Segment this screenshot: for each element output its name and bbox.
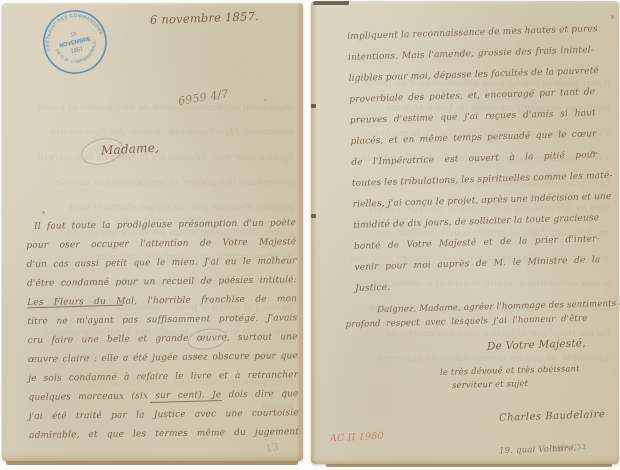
foxing-spot xyxy=(591,151,594,154)
letter-page-right: Il faut toute la prodigieuse présomption… xyxy=(311,1,619,464)
valediction-line: le très dévoué et très obéissant xyxy=(440,363,580,377)
stamp-center-year: 1857 xyxy=(71,46,84,55)
foxing-spot xyxy=(611,15,614,19)
foxing-spot xyxy=(42,211,45,214)
letter-body-right: impliquent la reconnaissance de mes haut… xyxy=(347,19,601,300)
foxing-spot xyxy=(264,99,266,101)
stamp-center-day: 19 xyxy=(70,32,77,39)
letter-body-left: Il faut toute la prodigieuse présomption… xyxy=(26,214,299,446)
handwritten-line: admirable, et que les termes même du jug… xyxy=(29,423,299,446)
binding-mark xyxy=(311,214,316,218)
stamp-graphic: SECRÉTARIAT DES COMMANDEMENTS DE S.M. L'… xyxy=(35,2,114,81)
imperial-secretariat-stamp: SECRÉTARIAT DES COMMANDEMENTS DE S.M. L'… xyxy=(35,2,114,81)
handwritten-line: impliquent la reconnaissance de mes haut… xyxy=(12,95,294,120)
accession-mark: AC II 1980 xyxy=(330,431,384,445)
folio-number: 13 xyxy=(265,442,280,456)
closing-formula: Daignez, Madame, agréer l'hommage des se… xyxy=(345,298,588,332)
handwritten-line: proverbiale des poètes, et, encouragé pa… xyxy=(12,170,294,195)
binding-shadow xyxy=(313,1,349,5)
letter-page-left: impliquent la reconnaissance de mes haut… xyxy=(2,3,303,461)
manuscript-scan: impliquent la reconnaissance de mes haut… xyxy=(0,0,620,470)
valediction: De Votre Majesté, xyxy=(487,337,586,352)
valediction-line: serviteur et sujet xyxy=(452,378,528,390)
binding-mark xyxy=(311,104,316,108)
registry-number: 6959 4/7 xyxy=(177,87,229,108)
shelfmark-annotation: BB²¹ C33 xyxy=(552,443,586,453)
signature: Charles Baudelaire xyxy=(499,409,606,424)
salutation: Madame, xyxy=(101,140,160,157)
letter-date: 6 novembre 1857. xyxy=(150,9,259,27)
